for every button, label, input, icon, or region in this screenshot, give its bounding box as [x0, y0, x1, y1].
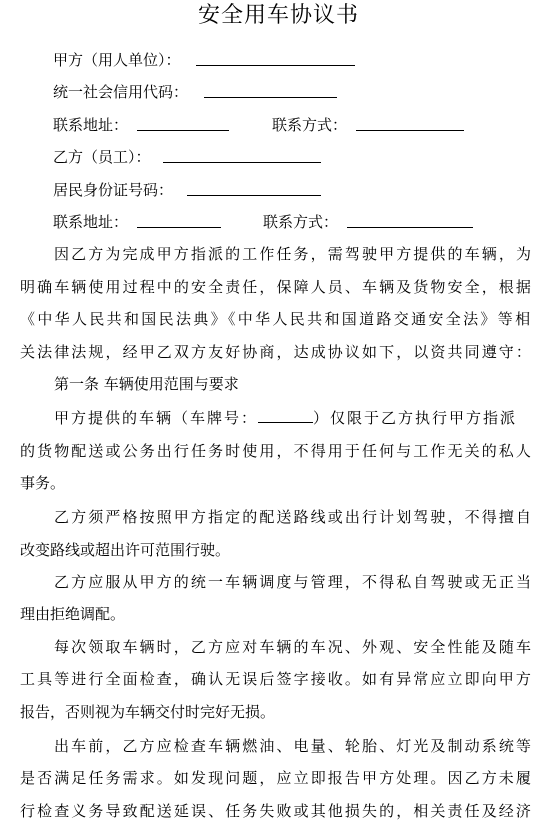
party-b-address-label: 联系地址： — [53, 212, 128, 232]
party-a-name-label: 甲方（用人单位）： — [53, 50, 181, 70]
party-b-address-blank[interactable] — [137, 227, 221, 228]
preamble-line: 《中华人民共和国民法典》《中华人民共和国道路交通安全法》等相 — [20, 309, 532, 329]
clause-1-suffix: ）仅限于乙方执行甲方指派 — [313, 409, 517, 427]
clause-5-line: 是否满足任务需求。如发现问题，应立即报告甲方处理。因乙方未履 — [20, 768, 533, 788]
preamble-line: 明确车辆使用过程中的安全责任，保障人员、车辆及货物安全，根据 — [20, 277, 533, 297]
document-title: 安全用车协议书 — [0, 2, 557, 30]
clause-5-line: 行检查义务导致配送延误、任务失败或其他损失的，相关责任及经济 — [20, 801, 533, 821]
preamble-line: 因乙方为完成甲方指派的工作任务，需驾驶甲方提供的车辆，为 — [54, 244, 533, 264]
party-b-contact-label: 联系方式： — [263, 212, 338, 232]
party-a-credit-code-label: 统一社会信用代码： — [53, 82, 188, 102]
clause-4-line: 报告，否则视为车辆交付时完好无损。 — [20, 702, 275, 722]
clause-4-line: 每次领取车辆时，乙方应对车辆的车况、外观、安全性能及随车 — [54, 637, 533, 657]
clause-4-line: 工具等进行全面检查，确认无误后签字接收。如有异常应立即向甲方 — [20, 669, 533, 689]
party-b-id-label: 居民身份证号码： — [53, 180, 173, 200]
party-a-contact-blank[interactable] — [356, 130, 464, 131]
clause-2-line: 乙方须严格按照甲方指定的配送路线或出行计划驾驶，不得擅自 — [54, 507, 533, 527]
party-a-address-label: 联系地址： — [53, 115, 128, 135]
clause-3-line: 乙方应服从甲方的统一车辆调度与管理，不得私自驾驶或无正当 — [54, 572, 533, 592]
clause-5-line: 出车前，乙方应检查车辆燃油、电量、轮胎、灯光及制动系统等 — [54, 736, 533, 756]
preamble-line: 关法律法规，经甲乙双方友好协商，达成协议如下，以资共同遵守： — [20, 342, 533, 362]
party-b-name-label: 乙方（员工）： — [53, 147, 151, 167]
party-a-name-blank[interactable] — [196, 65, 355, 66]
clause-2-line: 改变路线或超出许可范围行驶。 — [20, 540, 230, 560]
article-1-heading: 第一条 车辆使用范围与要求 — [54, 374, 239, 394]
clause-1-prefix: 甲方提供的车辆（车牌号： — [54, 409, 258, 427]
clause-3-line: 理由拒绝调配。 — [20, 604, 125, 624]
party-a-credit-code-blank[interactable] — [204, 97, 337, 98]
plate-number-blank[interactable] — [258, 408, 313, 423]
party-b-contact-blank[interactable] — [347, 227, 473, 228]
party-a-address-blank[interactable] — [137, 130, 229, 131]
clause-1-line: 事务。 — [20, 473, 65, 493]
clause-1-line: 的货物配送或公务出行任务时使用，不得用于任何与工作无关的私人 — [20, 441, 533, 461]
party-b-id-blank[interactable] — [187, 195, 321, 196]
party-a-contact-label: 联系方式： — [272, 115, 347, 135]
clause-1-line-1: 甲方提供的车辆（车牌号：）仅限于乙方执行甲方指派 — [54, 408, 517, 428]
party-b-name-blank[interactable] — [163, 162, 321, 163]
